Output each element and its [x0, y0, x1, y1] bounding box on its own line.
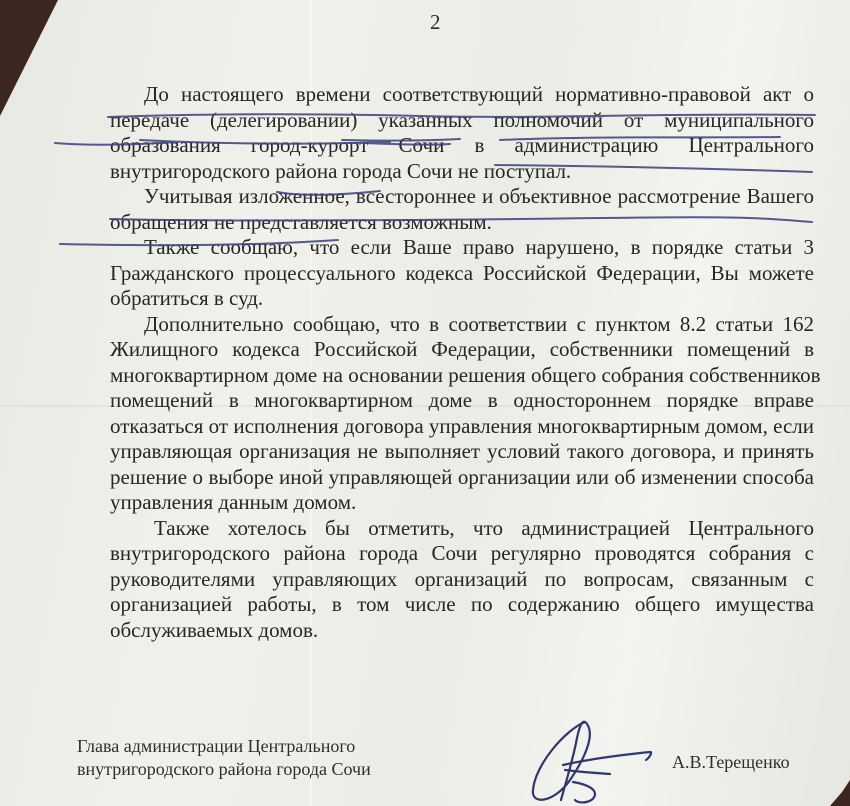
text-line: помещений в многоквартирном доме в однос… [76, 388, 814, 414]
text-line: управления данным домом. [76, 490, 814, 516]
text-line: Гражданского процессуального кодекса Рос… [76, 261, 814, 287]
text-line: решение о выборе иной управляющей органи… [76, 465, 814, 491]
text-line: Дополнительно сообщаю, что в соответстви… [76, 312, 814, 338]
text-line: образования город-курорт Сочи в админист… [76, 133, 814, 159]
paragraph-3: Также сообщаю, что если Ваше право наруш… [76, 235, 814, 312]
signer-position-line: внутригородского района города Сочи [77, 758, 371, 781]
paragraph-5: Также хотелось бы отметить, что админист… [76, 516, 814, 644]
text-line: внутригородского района города Сочи регу… [76, 541, 814, 567]
page-number: 2 [430, 10, 441, 35]
signer-position: Глава администрации Центрального внутриг… [77, 735, 371, 781]
letter-body: До настоящего времени соответствующий но… [76, 82, 814, 643]
handwritten-signature-icon [525, 710, 665, 806]
text-line: управляющая организация не выполняет усл… [76, 439, 814, 465]
text-line: организацией работы, в том числе по соде… [76, 592, 814, 618]
text-line: отказаться от исполнения договора управл… [76, 414, 814, 440]
text-line: Учитывая изложенное, всестороннее и объе… [76, 184, 814, 210]
text-line: многоквартирном доме на основании решени… [76, 363, 814, 389]
paragraph-2: Учитывая изложенное, всестороннее и объе… [76, 184, 814, 235]
text-line: руководителями управляющих организаций п… [76, 567, 814, 593]
text-line: Также сообщаю, что если Ваше право наруш… [76, 235, 814, 261]
text-line: Также хотелось бы отметить, что админист… [76, 516, 814, 542]
text-line: обслуживаемых домов. [76, 618, 814, 644]
signer-position-line: Глава администрации Центрального [77, 735, 371, 758]
signer-name: А.В.Терещенко [672, 752, 790, 773]
paragraph-1: До настоящего времени соответствующий но… [76, 82, 814, 184]
text-line: внутригородского района города Сочи не п… [76, 159, 814, 185]
text-line: обращения не представляется возможным. [76, 210, 814, 236]
text-line: передаче (делегировании) указанных полно… [76, 108, 814, 134]
text-line: обратиться в суд. [76, 286, 814, 312]
paragraph-4: Дополнительно сообщаю, что в соответстви… [76, 312, 814, 516]
document-page: 2 До настоящего времени соответствующий … [0, 0, 850, 806]
text-line: Жилищного кодекса Российской Федерации, … [76, 337, 814, 363]
text-line: До настоящего времени соответствующий но… [76, 82, 814, 108]
